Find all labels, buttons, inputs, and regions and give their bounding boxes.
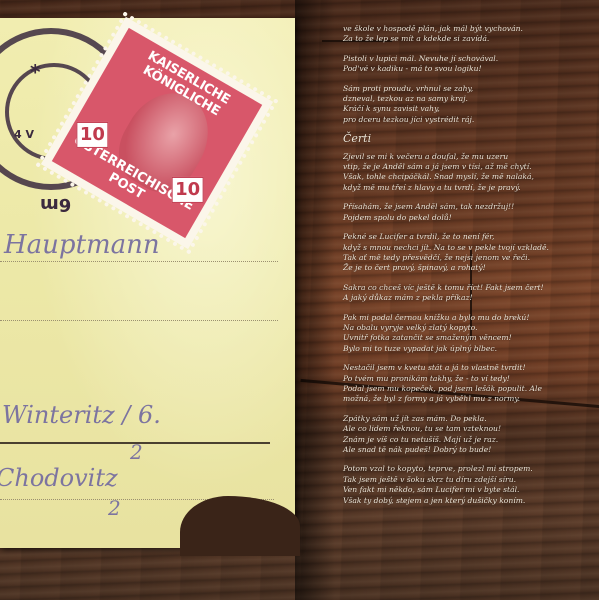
handwritten-recipient: Hauptmann — [4, 230, 160, 260]
lyric-line: ve škole v hospodě plán, jak mál být vyc… — [343, 24, 593, 34]
song-title: Čerti — [343, 134, 593, 144]
postmark-star: * — [30, 60, 40, 84]
handwritten-place: Chodovitz — [0, 464, 118, 492]
card-shadow — [295, 0, 335, 600]
lyric-line: Ale snad tě nák pudeš! Dobrý to bude! — [343, 445, 593, 455]
lyrics-stanza: Pak mi podal černou knížku a bylo mu do … — [343, 313, 593, 355]
stamp-value-left: 10 — [76, 122, 108, 148]
lyric-line: Sám proti proudu, vrhnul se zahy, — [343, 84, 593, 94]
stamp-value-right: 10 — [172, 177, 204, 203]
lyric-line: pro dceru tezkou jíci vystrédit ráj. — [343, 115, 593, 125]
lyric-line: možná, že byl z formy a já vyběhl mu z n… — [343, 394, 593, 404]
lyric-line: vtip, že je Anděl sám a já jsem v tísi, … — [343, 162, 593, 172]
lyric-line: Však, tohle chcipáčkál. Snad myslí, že m… — [343, 172, 593, 182]
lyrics-stanza: Pekné se Lucifer a tvrdil, že to není fé… — [343, 232, 593, 274]
lyrics-stanza: Nestačil jsem v kvetu stát a já to vlast… — [343, 363, 593, 405]
lyric-line: Zjevil se mi k večeru a doufal, že mu uz… — [343, 152, 593, 162]
lyrics-stanza: Potom vzal to kopyto, teprve, prolezl mi… — [343, 464, 593, 506]
lyric-line: když mě mu třeí z hlavy a tu tvrdí, že j… — [343, 183, 593, 193]
lyric-line: Za to že lep se mít a kdekde si zavídá. — [343, 34, 593, 44]
address-line — [0, 261, 278, 262]
lyric-line: Přísahám, že jsem Anděl sám, tak nezdržu… — [343, 202, 593, 212]
lyric-line: A jaký důkaz mám z pekla příkaz! — [343, 293, 593, 303]
lyric-line: Však ty dobý, stejem a jen který dušičky… — [343, 496, 593, 506]
postmark-date: 4 V — [14, 128, 34, 141]
lyric-line: Sakra co chceš víc ještě k tomu říct! Fa… — [343, 283, 593, 293]
burnt-corner — [180, 496, 300, 556]
lyric-line: Ven fakt mi někdo, sám Lucifer mi v byte… — [343, 485, 593, 495]
address-line — [0, 320, 278, 321]
lyric-line: Pistoli v lupici mál. Nevuhe jí schováva… — [343, 54, 593, 64]
lyric-line: Potom vzal to kopyto, teprve, prolezl mi… — [343, 464, 593, 474]
lyric-line: Že je to čert pravý, špinavý, a rohatý! — [343, 263, 593, 273]
lyric-line: Tak jsem ještě v šoku skrz tu díru zdejš… — [343, 475, 593, 485]
lyric-line: Zpátky sám už jít zas mám. Do pekla. — [343, 414, 593, 424]
lyric-line: Pekné se Lucifer a tvrdil, že to není fé… — [343, 232, 593, 242]
lyric-line: Tak ať mě tedy přesvědčí, že nejsi jenom… — [343, 253, 593, 263]
lyrics-stanza: Zjevil se mi k večeru a doufal, že mu uz… — [343, 152, 593, 194]
lyrics-stanza: Sám proti proudu, vrhnul se zahy, dzneva… — [343, 84, 593, 126]
lyric-line: Nestačil jsem v kvetu stát a já to vlast… — [343, 363, 593, 373]
lyric-line: Pod'vé v kadiku - má to svou logiku! — [343, 64, 593, 74]
postcard: * 4 V 6m PRAG KAISERLICHE KÖNIGLICHE ÖST… — [0, 18, 295, 548]
lyrics-stanza: Přísahám, že jsem Anděl sám, tak nezdržu… — [343, 202, 593, 223]
lyrics-block: ve škole v hospodě plán, jak mál být vyc… — [343, 24, 593, 515]
postmark-time: 6m — [40, 194, 71, 215]
handwritten-mark: 2 — [108, 496, 121, 520]
lyrics-stanza: ve škole v hospodě plán, jak mál být vyc… — [343, 24, 593, 45]
lyric-line: Pak mi podal černou knížku a bylo mu do … — [343, 313, 593, 323]
lyric-line: Pojdem spolu do pekel dolů! — [343, 213, 593, 223]
lyric-line: Po tvém mu pronikám takhy, že - to ví te… — [343, 374, 593, 384]
lyrics-stanza: Pistoli v lupici mál. Nevuhe jí schováva… — [343, 54, 593, 75]
lyrics-stanza: Sakra co chceš víc ještě k tomu říct! Fa… — [343, 283, 593, 304]
handwritten-mark: 2 — [130, 440, 143, 464]
lyric-line: Bylo mi to tuze vypadat jak úplný blbec. — [343, 344, 593, 354]
lyric-line: Ale co lidem řeknou, tu se tam vzteknou! — [343, 424, 593, 434]
lyric-line: Podal jsem mu kopeček, pod jsem lešák po… — [343, 384, 593, 394]
lyric-line: Kráčí k synu zavisit vahy, — [343, 104, 593, 114]
lyric-line: když s mnou nechci jít. Na to se v pekle… — [343, 243, 593, 253]
lyrics-stanza: Zpátky sám už jít zas mám. Do pekla. Ale… — [343, 414, 593, 456]
lyric-line: Uvnitř fotka zatančit se smaženým věncem… — [343, 333, 593, 343]
lyric-line: dzneval, tezkou az na samy kraj. — [343, 94, 593, 104]
lyric-line: Na obalu vyryje velký zlatý kopyto. — [343, 323, 593, 333]
lyric-line: Znám je víš co tu netušíš. Mají už je ra… — [343, 435, 593, 445]
handwritten-street: Winteritz / 6. — [2, 401, 161, 429]
